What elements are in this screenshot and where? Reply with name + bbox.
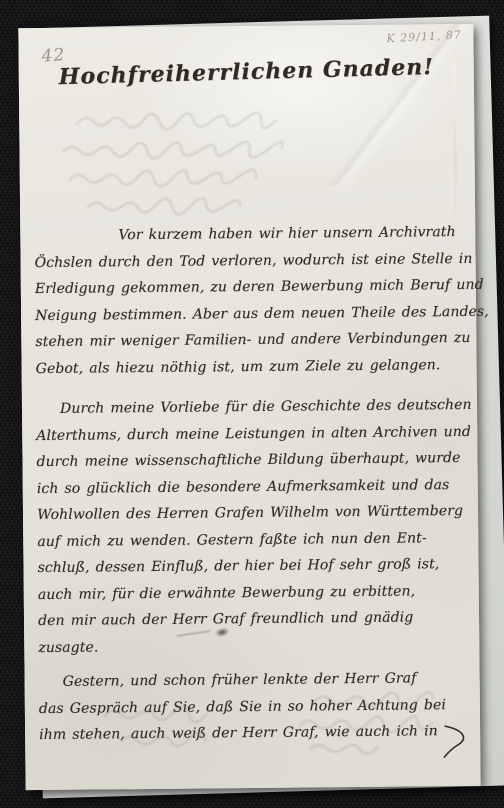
- letter-line: ihm stehen, auch weiß der Herr Graf, wie…: [39, 718, 473, 749]
- paper-crease-corner: [323, 24, 475, 185]
- letter-line: stehen mir weniger Familien- und andere …: [35, 325, 469, 356]
- letter-paragraph-2: Durch meine Vorliebe für die Geschichte …: [36, 392, 473, 661]
- manuscript-scan: 42 K 29/11, 87 Hochfreiherrlichen Gnaden…: [0, 0, 504, 808]
- letter-paragraph-1: Vor kurzem haben wir hier unsern Archivr…: [34, 219, 470, 382]
- letter-line: durch meine wissenschaftliche Bildung üb…: [36, 445, 470, 476]
- paper-crease-edge: [453, 64, 458, 244]
- ink-bleedthrough-top: [47, 103, 388, 236]
- letter-line: auf mich zu wenden. Gestern faßte ich nu…: [37, 524, 471, 555]
- letter-line: Durch meine Vorliebe für die Geschichte …: [36, 392, 470, 423]
- pencil-archive-mark: K 29/11, 87: [386, 28, 462, 45]
- letter-line: Alterthums, durch meine Leistungen in al…: [36, 418, 470, 449]
- letter-line: Wohlwollen des Herren Grafen Wilhelm von…: [37, 498, 471, 529]
- letter-line: Erledigung gekommen, zu deren Bewerbung …: [35, 272, 469, 303]
- letter-line: das Gespräch auf Sie, daß Sie in so hohe…: [39, 691, 473, 722]
- letter-paragraph-3: Gestern, und schon früher lenkte der Her…: [39, 665, 474, 749]
- letter-page: 42 K 29/11, 87 Hochfreiherrlichen Gnaden…: [18, 24, 480, 790]
- letter-line: ich so glücklich die besondere Aufmerksa…: [37, 471, 471, 502]
- letter-line: den mir auch der Herr Graf freundlich un…: [38, 604, 472, 635]
- letter-line: Gestern, und schon früher lenkte der Her…: [39, 665, 473, 696]
- letter-line: Neigung bestimmen. Aber aus dem neuen Th…: [35, 298, 469, 329]
- letter-body: Vor kurzem haben wir hier unsern Archivr…: [34, 219, 473, 749]
- letter-line: zusagte.: [38, 630, 472, 661]
- letter-line: schluß, dessen Einfluß, der hier bei Hof…: [37, 551, 471, 582]
- letter-line: auch mir, für die erwähnte Bewerbung zu …: [38, 577, 472, 608]
- letter-line: Vor kurzem haben wir hier unsern Archivr…: [34, 219, 468, 250]
- letter-salutation: Hochfreiherrlichen Gnaden!: [19, 53, 475, 91]
- letter-line: Gebot, als hiezu nöthig ist, um zum Ziel…: [35, 351, 469, 382]
- closing-flourish-icon: [441, 724, 471, 760]
- letter-line: Öchslen durch den Tod verloren, wodurch …: [34, 245, 468, 276]
